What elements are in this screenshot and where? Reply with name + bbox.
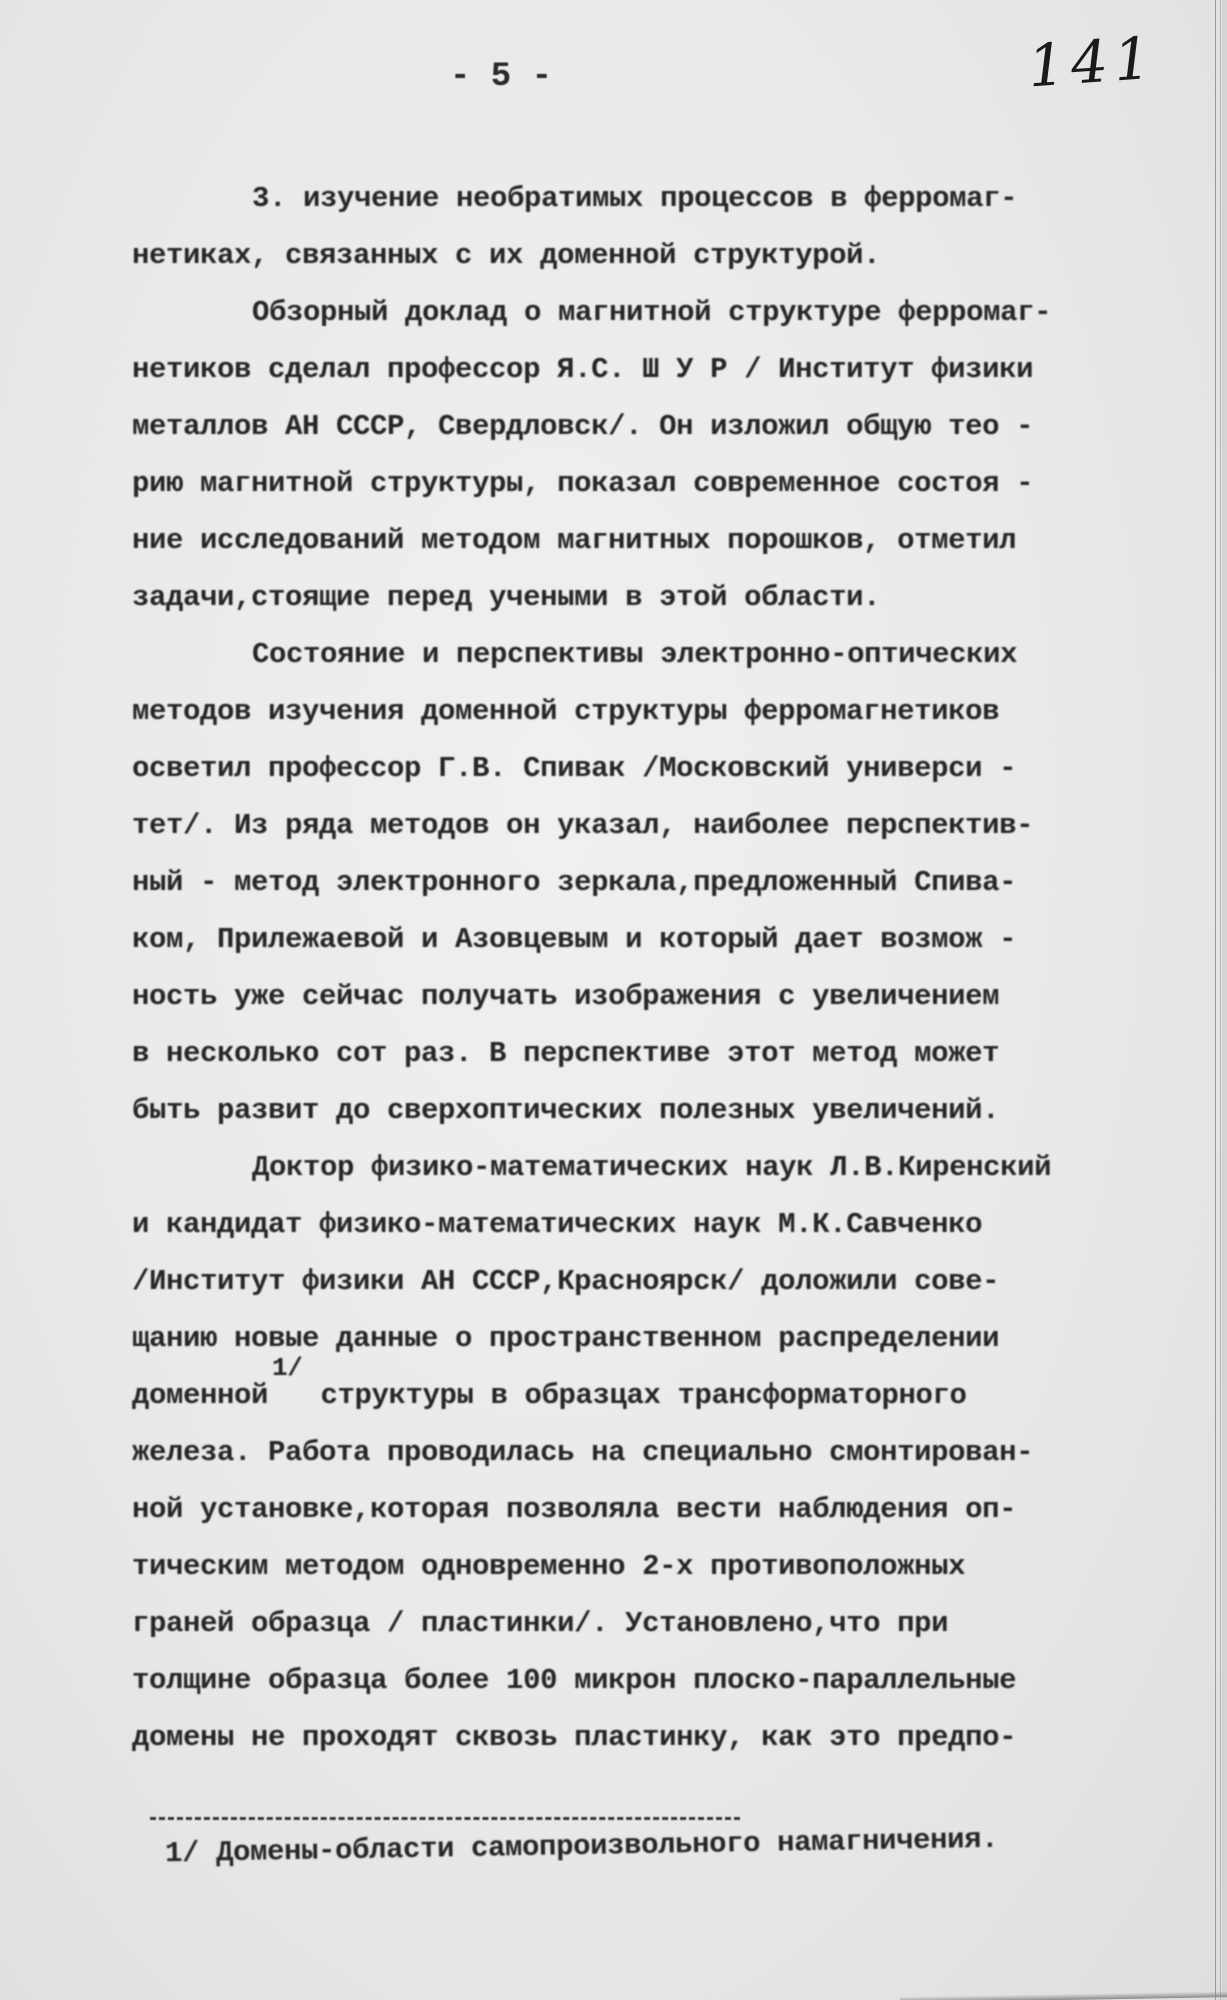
document-page: 141 - 5 - 3. изучение необратимых процес… [0, 0, 1227, 2000]
text-line: рию магнитной структуры, показал совреме… [132, 455, 1172, 512]
text-fragment: структуры в образцах трансформаторного [320, 1379, 966, 1412]
bottom-edge-shadow [900, 1991, 1227, 2000]
text-line: ной установке,которая позволяла вести на… [132, 1481, 1172, 1538]
text-line: задачи,стоящие перед учеными в этой обла… [132, 569, 1172, 626]
text-line-with-footnote: доменной1/структуры в образцах трансформ… [132, 1367, 1172, 1424]
page-edge [1215, 0, 1221, 2000]
text-line: толщине образца более 100 микрон плоско-… [132, 1652, 1172, 1709]
text-fragment: доменной [132, 1379, 268, 1412]
page-edge-shadow [1222, 0, 1227, 2000]
text-line: в несколько сот раз. В перспективе этот … [132, 1025, 1172, 1082]
text-line: ность уже сейчас получать изображения с … [132, 968, 1172, 1025]
text-line: ный - метод электронного зеркала,предлож… [132, 854, 1172, 911]
footnote-separator [150, 1817, 740, 1820]
text-line: методов изучения доменной структуры ферр… [132, 683, 1172, 740]
page-number: - 5 - [450, 58, 552, 96]
text-line: 3. изучение необратимых процессов в ферр… [132, 170, 1172, 227]
text-line: нетиках, связанных с их доменной структу… [132, 227, 1172, 284]
text-line: и кандидат физико-математических наук М.… [132, 1196, 1172, 1253]
text-line: Состояние и перспективы электронно-оптич… [132, 626, 1172, 683]
paragraph-3: Состояние и перспективы электронно-оптич… [132, 626, 1172, 1139]
text-line: быть развит до сверхоптических полезных … [132, 1082, 1172, 1139]
text-line: нетиков сделал профессор Я.С. Ш У Р / Ин… [132, 341, 1172, 398]
text-line: ние исследований методом магнитных порош… [132, 512, 1172, 569]
text-line: домены не проходят сквозь пластинку, как… [132, 1709, 1172, 1766]
text-line: металлов АН СССР, Свердловск/. Он изложи… [132, 398, 1172, 455]
text-line: осветил профессор Г.В. Спивак /Московски… [132, 740, 1172, 797]
text-line: железа. Работа проводилась на специально… [132, 1424, 1172, 1481]
text-line: тет/. Из ряда методов он указал, наиболе… [132, 797, 1172, 854]
handwritten-folio-number: 141 [1026, 24, 1159, 101]
text-line: тическим методом одновременно 2-х против… [132, 1538, 1172, 1595]
text-line: Обзорный доклад о магнитной структуре фе… [132, 284, 1172, 341]
paragraph-4: Доктор физико-математических наук Л.В.Ки… [132, 1139, 1172, 1766]
text-line: граней образца / пластинки/. Установлено… [132, 1595, 1172, 1652]
footnote: 1/ Домены-области самопроизвольного нама… [165, 1823, 999, 1871]
paragraph-1: 3. изучение необратимых процессов в ферр… [132, 170, 1172, 284]
text-line: /Институт физики АН СССР,Красноярск/ дол… [132, 1253, 1172, 1310]
body-text: 3. изучение необратимых процессов в ферр… [132, 170, 1172, 1766]
text-line: ком, Прилежаевой и Азовцевым и который д… [132, 911, 1172, 968]
text-line: Доктор физико-математических наук Л.В.Ки… [132, 1139, 1172, 1196]
paragraph-2: Обзорный доклад о магнитной структуре фе… [132, 284, 1172, 626]
footnote-marker: 1/ [272, 1353, 302, 1383]
